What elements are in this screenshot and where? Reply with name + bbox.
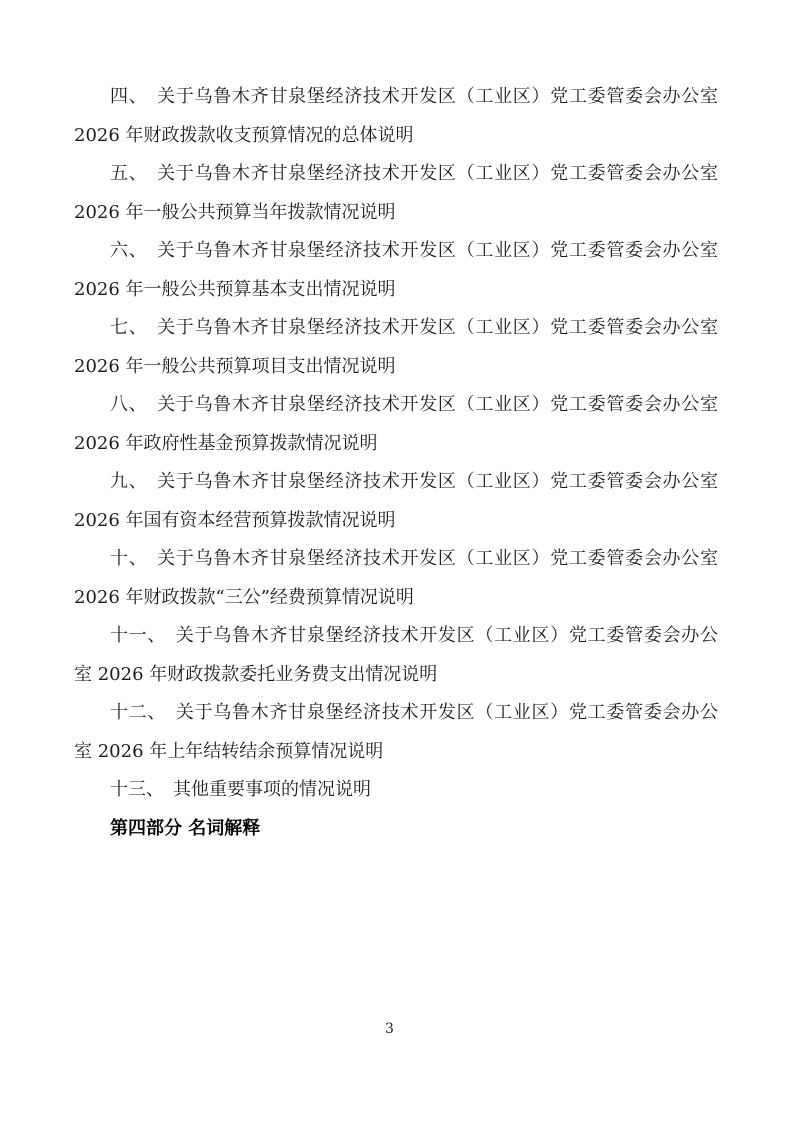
toc-item-9-line2: 2026 年国有资本经营预算拨款情况说明 <box>74 502 718 541</box>
toc-item-5-line1: 五、 关于乌鲁木齐甘泉堡经济技术开发区（工业区）党工委管委会办公室 <box>74 155 718 194</box>
toc-item-10-line2: 2026 年财政拨款“三公”经费预算情况说明 <box>74 579 718 618</box>
toc-item-4-line1: 四、 关于乌鲁木齐甘泉堡经济技术开发区（工业区）党工委管委会办公室 <box>74 78 718 117</box>
toc-item-6-line1: 六、 关于乌鲁木齐甘泉堡经济技术开发区（工业区）党工委管委会办公室 <box>74 232 718 271</box>
toc-item-9-line1: 九、 关于乌鲁木齐甘泉堡经济技术开发区（工业区）党工委管委会办公室 <box>74 463 718 502</box>
toc-item-11-line2: 室 2026 年财政拨款委托业务费支出情况说明 <box>74 656 718 695</box>
toc-item-11-line1: 十一、 关于乌鲁木齐甘泉堡经济技术开发区（工业区）党工委管委会办公 <box>74 617 718 656</box>
toc-item-5-line2: 2026 年一般公共预算当年拨款情况说明 <box>74 194 718 233</box>
document-page: 四、 关于乌鲁木齐甘泉堡经济技术开发区（工业区）党工委管委会办公室 2026 年… <box>0 0 793 1122</box>
toc-item-8-line2: 2026 年政府性基金预算拨款情况说明 <box>74 425 718 464</box>
toc-item-8-line1: 八、 关于乌鲁木齐甘泉堡经济技术开发区（工业区）党工委管委会办公室 <box>74 386 718 425</box>
document-body: 四、 关于乌鲁木齐甘泉堡经济技术开发区（工业区）党工委管委会办公室 2026 年… <box>74 78 718 848</box>
toc-item-4-line2: 2026 年财政拨款收支预算情况的总体说明 <box>74 117 718 156</box>
toc-item-13: 十三、 其他重要事项的情况说明 <box>74 771 718 810</box>
page-number: 3 <box>0 1019 779 1039</box>
toc-item-7-line2: 2026 年一般公共预算项目支出情况说明 <box>74 348 718 387</box>
toc-item-6-line2: 2026 年一般公共预算基本支出情况说明 <box>74 271 718 310</box>
toc-item-7-line1: 七、 关于乌鲁木齐甘泉堡经济技术开发区（工业区）党工委管委会办公室 <box>74 309 718 348</box>
toc-item-12-line2: 室 2026 年上年结转结余预算情况说明 <box>74 733 718 772</box>
toc-item-10-line1: 十、 关于乌鲁木齐甘泉堡经济技术开发区（工业区）党工委管委会办公室 <box>74 540 718 579</box>
toc-item-12-line1: 十二、 关于乌鲁木齐甘泉堡经济技术开发区（工业区）党工委管委会办公 <box>74 694 718 733</box>
section-heading-part4: 第四部分 名词解释 <box>74 810 718 849</box>
